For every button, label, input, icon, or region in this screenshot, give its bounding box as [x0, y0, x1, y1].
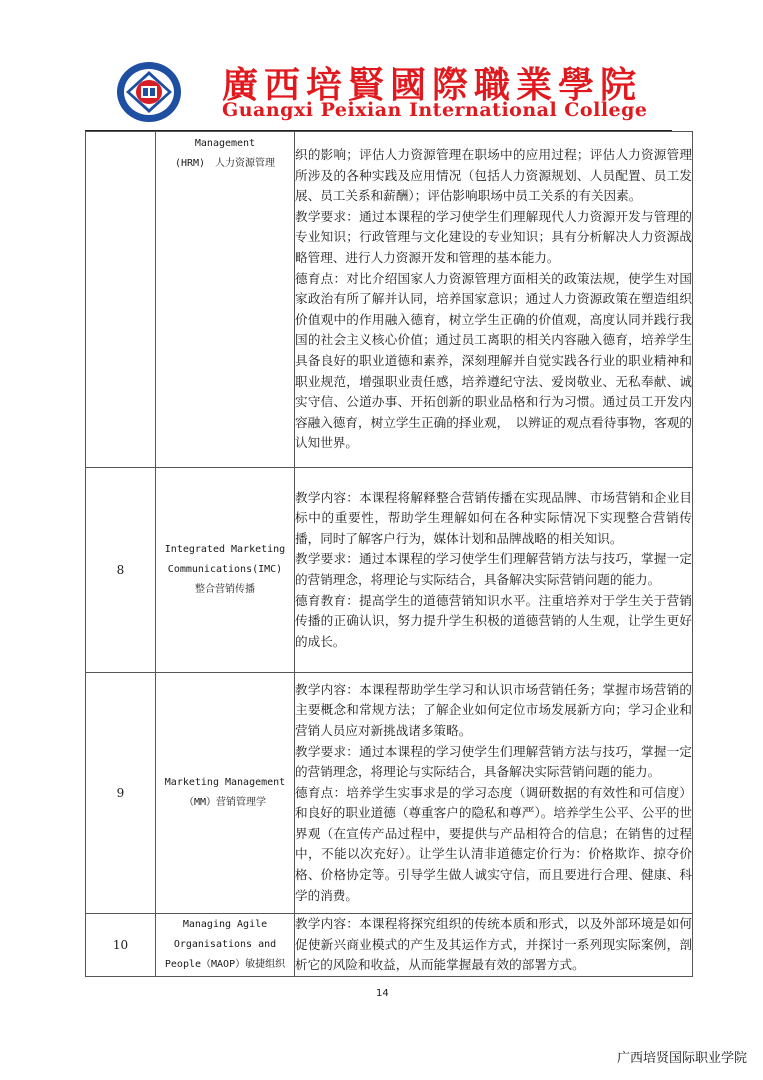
college-name-english: Guangxi Peixian International College	[222, 99, 648, 121]
page-header: 廣西培賢國際職業學院 Guangxi Peixian International…	[112, 55, 652, 130]
description-paragraph: 教学内容：本课程帮助学生学习和认识市场营销任务；掌握市场营销的主要概念和常规方法…	[295, 680, 692, 742]
table-row: 9 Marketing Management （MM）营销管理学 教学内容：本课…	[86, 673, 693, 914]
course-description: 织的影响；评估人力资源管理在职场中的应用过程；评估人力资源管理所涉及的各种实践及…	[295, 132, 693, 468]
course-description: 教学内容：本课程将解释整合营销传播在实现品牌、市场营销和企业目标中的重要性，帮助…	[295, 468, 693, 673]
description-paragraph: 织的影响；评估人力资源管理在职场中的应用过程；评估人力资源管理所涉及的各种实践及…	[295, 145, 692, 207]
college-seal-icon	[116, 61, 182, 123]
description-paragraph: 教学要求：通过本课程的学习使学生们理解营销方法与技巧，掌握一定的营销理念，将理论…	[295, 742, 692, 783]
course-table: Management (HRM) 人力资源管理 织的影响；评估人力资源管理在职场…	[85, 131, 693, 977]
course-number: 8	[86, 468, 156, 673]
course-description: 教学内容：本课程帮助学生学习和认识市场营销任务；掌握市场营销的主要概念和常规方法…	[295, 673, 693, 914]
footer-institution-name: 广西培贤国际职业学院	[617, 1047, 747, 1066]
description-paragraph: 德育点：对比介绍国家人力资源管理方面相关的政策法规，使学生对国家政治有所了解并认…	[295, 269, 692, 454]
description-paragraph: 教学内容：本课程将探究组织的传统本质和形式，以及外部环境是如何促使新兴商业模式的…	[295, 914, 692, 976]
course-number: 10	[86, 914, 156, 977]
table-row: Management (HRM) 人力资源管理 织的影响；评估人力资源管理在职场…	[86, 132, 693, 468]
course-name: Integrated Marketing Communications(IMC)…	[156, 468, 295, 673]
description-paragraph: 教学要求：通过本课程的学习使学生们理解营销方法与技巧，掌握一定的营销理念，将理论…	[295, 549, 692, 590]
table-row: 8 Integrated Marketing Communications(IM…	[86, 468, 693, 673]
course-name: Managing Agile Organisations and People（…	[156, 914, 295, 977]
description-paragraph: 德育教育：提高学生的道德营销知识水平。注重培养对于学生关于营销传播的正确认识，努…	[295, 591, 692, 653]
course-number	[86, 132, 156, 468]
description-paragraph: 教学内容：本课程将解释整合营销传播在实现品牌、市场营销和企业目标中的重要性，帮助…	[295, 488, 692, 550]
course-name: Management (HRM) 人力资源管理	[156, 132, 295, 468]
page-number: 14	[376, 988, 389, 999]
description-paragraph: 教学要求：通过本课程的学习使学生们理解现代人力资源开发与管理的专业知识；行政管理…	[295, 207, 692, 269]
course-name: Marketing Management （MM）营销管理学	[156, 673, 295, 914]
course-number: 9	[86, 673, 156, 914]
description-paragraph: 德育点：培养学生实事求是的学习态度（调研数据的有效性和可信度）和良好的职业道德（…	[295, 783, 692, 907]
table-row: 10 Managing Agile Organisations and Peop…	[86, 914, 693, 977]
course-description: 教学内容：本课程将探究组织的传统本质和形式，以及外部环境是如何促使新兴商业模式的…	[295, 914, 693, 977]
